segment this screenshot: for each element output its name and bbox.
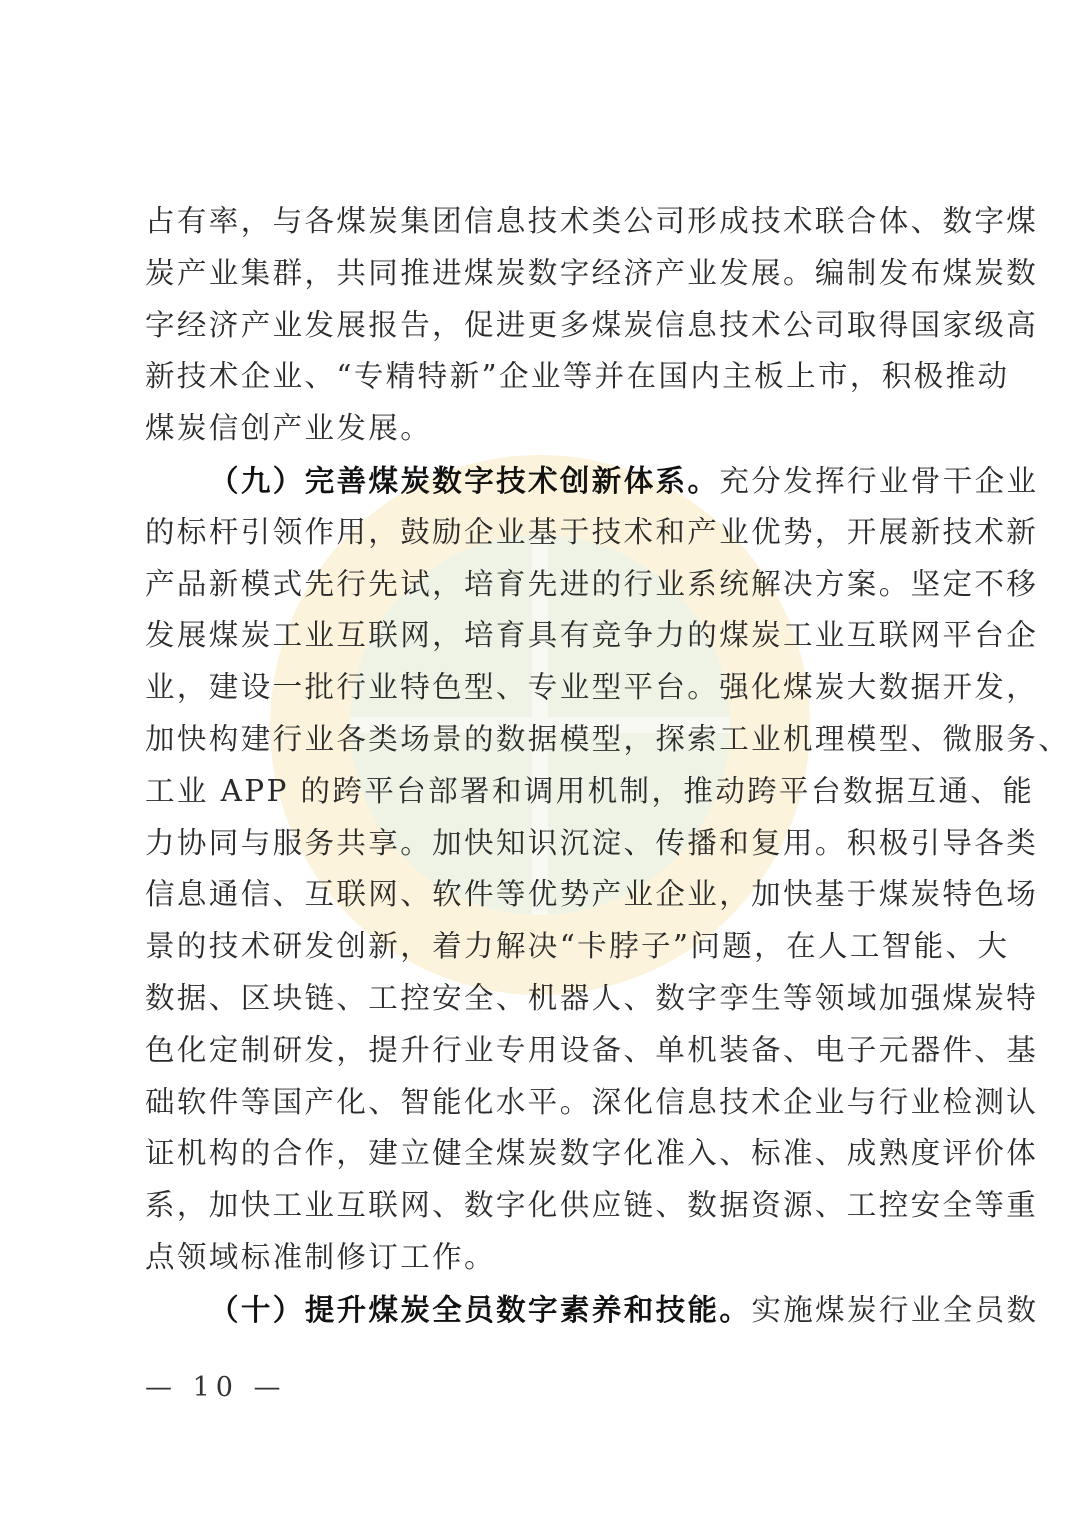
text-line: 数据、区块链、工控安全、机器人、数字孪生等领域加强煤炭特 xyxy=(145,973,945,1025)
section-10-paragraph: （十）提升煤炭全员数字素养和技能。实施煤炭行业全员数 xyxy=(145,1284,945,1336)
text-line: 信息通信、互联网、软件等优势产业企业，加快基于煤炭特色场 xyxy=(145,869,945,921)
section-10-first-line: （十）提升煤炭全员数字素养和技能。实施煤炭行业全员数 xyxy=(145,1284,945,1336)
text-line: 力协同与服务共享。加快知识沉淀、传播和复用。积极引导各类 xyxy=(145,818,945,870)
text-line: 工业 APP 的跨平台部署和调用机制，推动跨平台数据互通、能 xyxy=(145,766,945,818)
text-line: 色化定制研发，提升行业专用设备、单机装备、电子元器件、基 xyxy=(145,1025,945,1077)
text-line: 炭产业集群，共同推进煤炭数字经济产业发展。编制发布煤炭数 xyxy=(145,248,945,300)
text-line: 字经济产业发展报告，促进更多煤炭信息技术公司取得国家级高 xyxy=(145,300,945,352)
text-line: 加快构建行业各类场景的数据模型，探索工业机理模型、微服务、 xyxy=(145,714,945,766)
text-line: 证机构的合作，建立健全煤炭数字化准入、标准、成熟度评价体 xyxy=(145,1128,945,1180)
text-line: 础软件等国产化、智能化水平。深化信息技术企业与行业检测认 xyxy=(145,1077,945,1129)
section-9-heading: （九）完善煤炭数字技术创新体系。 xyxy=(209,463,719,498)
text-line: 发展煤炭工业互联网，培育具有竞争力的煤炭工业互联网平台企 xyxy=(145,610,945,662)
section-10-first-line-text: 实施煤炭行业全员数 xyxy=(751,1293,1038,1327)
section-10-heading: （十）提升煤炭全员数字素养和技能。 xyxy=(209,1292,751,1327)
text-line: 景的技术研发创新，着力解决“卡脖子”问题，在人工智能、大 xyxy=(145,921,945,973)
text-line: 的标杆引领作用，鼓励企业基于技术和产业优势，开展新技术新 xyxy=(145,507,945,559)
text-line: 煤炭信创产业发展。 xyxy=(145,403,945,455)
document-body: 占有率，与各煤炭集团信息技术类公司形成技术联合体、数字煤 炭产业集群，共同推进煤… xyxy=(145,196,945,1336)
section-9-first-line-text: 充分发挥行业骨干企业 xyxy=(719,464,1038,498)
text-line: 系，加快工业互联网、数字化供应链、数据资源、工控安全等重 xyxy=(145,1180,945,1232)
page-number: — 10 — xyxy=(145,1372,287,1403)
text-line: 占有率，与各煤炭集团信息技术类公司形成技术联合体、数字煤 xyxy=(145,196,945,248)
paragraph-continued: 占有率，与各煤炭集团信息技术类公司形成技术联合体、数字煤 炭产业集群，共同推进煤… xyxy=(145,196,945,455)
text-line: 点领域标准制修订工作。 xyxy=(145,1232,945,1284)
section-9-first-line: （九）完善煤炭数字技术创新体系。充分发挥行业骨干企业 xyxy=(145,455,945,507)
text-line: 业，建设一批行业特色型、专业型平台。强化煤炭大数据开发， xyxy=(145,662,945,714)
text-line: 产品新模式先行先试，培育先进的行业系统解决方案。坚定不移 xyxy=(145,559,945,611)
section-9-paragraph: （九）完善煤炭数字技术创新体系。充分发挥行业骨干企业 的标杆引领作用，鼓励企业基… xyxy=(145,455,945,1284)
text-line: 新技术企业、“专精特新”企业等并在国内主板上市，积极推动 xyxy=(145,351,945,403)
